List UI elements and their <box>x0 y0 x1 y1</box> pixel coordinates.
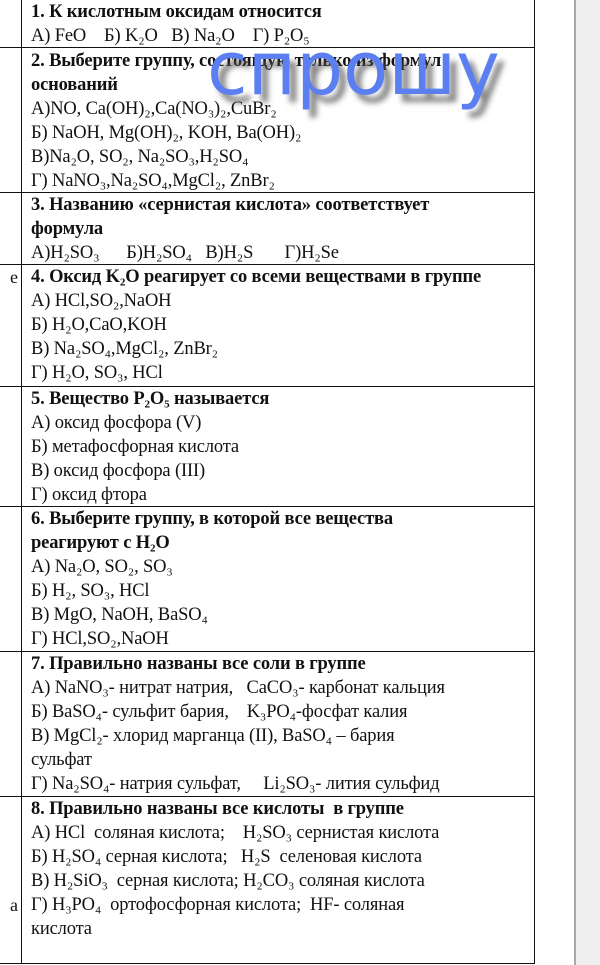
question-4: 4. Оксид K₂O реагирует со всеми вещества… <box>31 265 531 385</box>
option-b: Б) NaOH, Mg(OH)₂, KOH, Ba(OH)₂ <box>31 121 531 145</box>
left-cell: а <box>0 797 22 963</box>
viewer-side-panel <box>574 0 600 965</box>
question-title: 1. К кислотным оксидам относится <box>31 0 531 24</box>
option-d: Г) H₂O, SO₃, HCl <box>31 361 531 385</box>
question-title-cont: оснований <box>31 73 531 97</box>
left-cell <box>0 0 22 47</box>
option-d: Г) оксид фтора <box>31 483 531 507</box>
question-row-6: 6. Выберите группу, в которой все вещест… <box>0 507 535 652</box>
option-a: А) оксид фосфора (V) <box>31 411 531 435</box>
option-c: В) Na₂SO₄,MgCl₂, ZnBr₂ <box>31 337 531 361</box>
question-title: 4. Оксид K₂O реагирует со всеми вещества… <box>31 265 531 289</box>
option-a: А)NO, Ca(OH)₂,Ca(NO₃)₂,CuBr₂ <box>31 97 531 121</box>
left-cell <box>0 652 22 796</box>
left-cell <box>0 507 22 651</box>
option-b: Б) BaSO₄- сульфит бария, K₃PO₄-фосфат ка… <box>31 700 531 724</box>
left-cell <box>0 48 22 192</box>
option-c: В) MgO, NaOH, BaSO₄ <box>31 603 531 627</box>
question-title-cont: формула <box>31 217 531 241</box>
question-8: 8. Правильно названы все кислоты в групп… <box>31 797 531 941</box>
question-title: 2. Выберите группу, состоящую только из … <box>31 49 531 73</box>
option-c: В) MgCl₂- хлорид марганца (II), BaSO₄ – … <box>31 724 531 748</box>
option-a: А) Na₂O, SO₂, SO₃ <box>31 555 531 579</box>
question-title: 3. Названию «сернистая кислота» соответс… <box>31 193 531 217</box>
question-row-5: 5. Вещество P₂O₅ называется А) оксид фос… <box>0 387 535 507</box>
question-title: 5. Вещество P₂O₅ называется <box>31 387 531 411</box>
question-row-2: 2. Выберите группу, состоящую только из … <box>0 48 535 193</box>
left-cell: е <box>0 265 22 386</box>
option-d: Г) HCl,SO₂,NaOH <box>31 627 531 651</box>
options-inline: А)H₂SO₃ Б)H₂SO₄ В)H₂S Г)H₂Se <box>31 241 531 265</box>
option-d: Г) H₃PO₄ ортофосфорная кислота; HF- соля… <box>31 893 531 917</box>
question-6: 6. Выберите группу, в которой все вещест… <box>31 507 531 651</box>
question-row-1: 1. К кислотным оксидам относится А) FeO … <box>0 0 535 48</box>
option-d: Г) NaNO₃,Na₂SO₄,MgCl₂, ZnBr₂ <box>31 169 531 193</box>
option-c: В)Na₂O, SO₂, Na₂SO₃,H₂SO₄ <box>31 145 531 169</box>
option-d-cont: кислота <box>31 917 531 941</box>
question-7: 7. Правильно названы все соли в группе А… <box>31 652 531 796</box>
option-a: А) NaNO₃- нитрат натрия, CaCO₃- карбонат… <box>31 676 531 700</box>
option-b: Б) H₂, SO₃, HCl <box>31 579 531 603</box>
question-title: 8. Правильно названы все кислоты в групп… <box>31 797 531 821</box>
option-c-cont: сульфат <box>31 748 531 772</box>
option-a: А) HCl,SO₂,NaOH <box>31 289 531 313</box>
option-c: В) H₂SiO₃ серная кислота; H₂CO₃ соляная … <box>31 869 531 893</box>
left-cell <box>0 193 22 264</box>
document-page: 1. К кислотным оксидам относится А) FeO … <box>0 0 574 965</box>
option-c: В) оксид фосфора (III) <box>31 459 531 483</box>
question-5: 5. Вещество P₂O₅ называется А) оксид фос… <box>31 387 531 507</box>
question-title: 6. Выберите группу, в которой все вещест… <box>31 507 531 531</box>
option-d: Г) Na₂SO₄- натрия сульфат, Li₂SO₃- лития… <box>31 772 531 796</box>
question-title: 7. Правильно названы все соли в группе <box>31 652 531 676</box>
question-title-cont: реагируют с H₂O <box>31 531 531 555</box>
option-b: Б) H₂SO₄ серная кислота; H₂S селеновая к… <box>31 845 531 869</box>
question-row-4: е 4. Оксид K₂O реагирует со всеми вещест… <box>0 265 535 387</box>
question-row-8: а 8. Правильно названы все кислоты в гру… <box>0 797 535 964</box>
question-row-7: 7. Правильно названы все соли в группе А… <box>0 652 535 797</box>
question-3: 3. Названию «сернистая кислота» соответс… <box>31 193 531 265</box>
question-row-3: 3. Названию «сернистая кислота» соответс… <box>0 193 535 265</box>
option-a: А) HCl соляная кислота; H₂SO₃ сернистая … <box>31 821 531 845</box>
left-cell <box>0 387 22 506</box>
option-b: Б) H₂O,CaO,KOH <box>31 313 531 337</box>
question-2: 2. Выберите группу, состоящую только из … <box>31 49 531 193</box>
option-b: Б) метафосфорная кислота <box>31 435 531 459</box>
options-inline: А) FeO Б) K₂O В) Na₂O Г) P₂O₅ <box>31 24 531 48</box>
question-1: 1. К кислотным оксидам относится А) FeO … <box>31 0 531 48</box>
